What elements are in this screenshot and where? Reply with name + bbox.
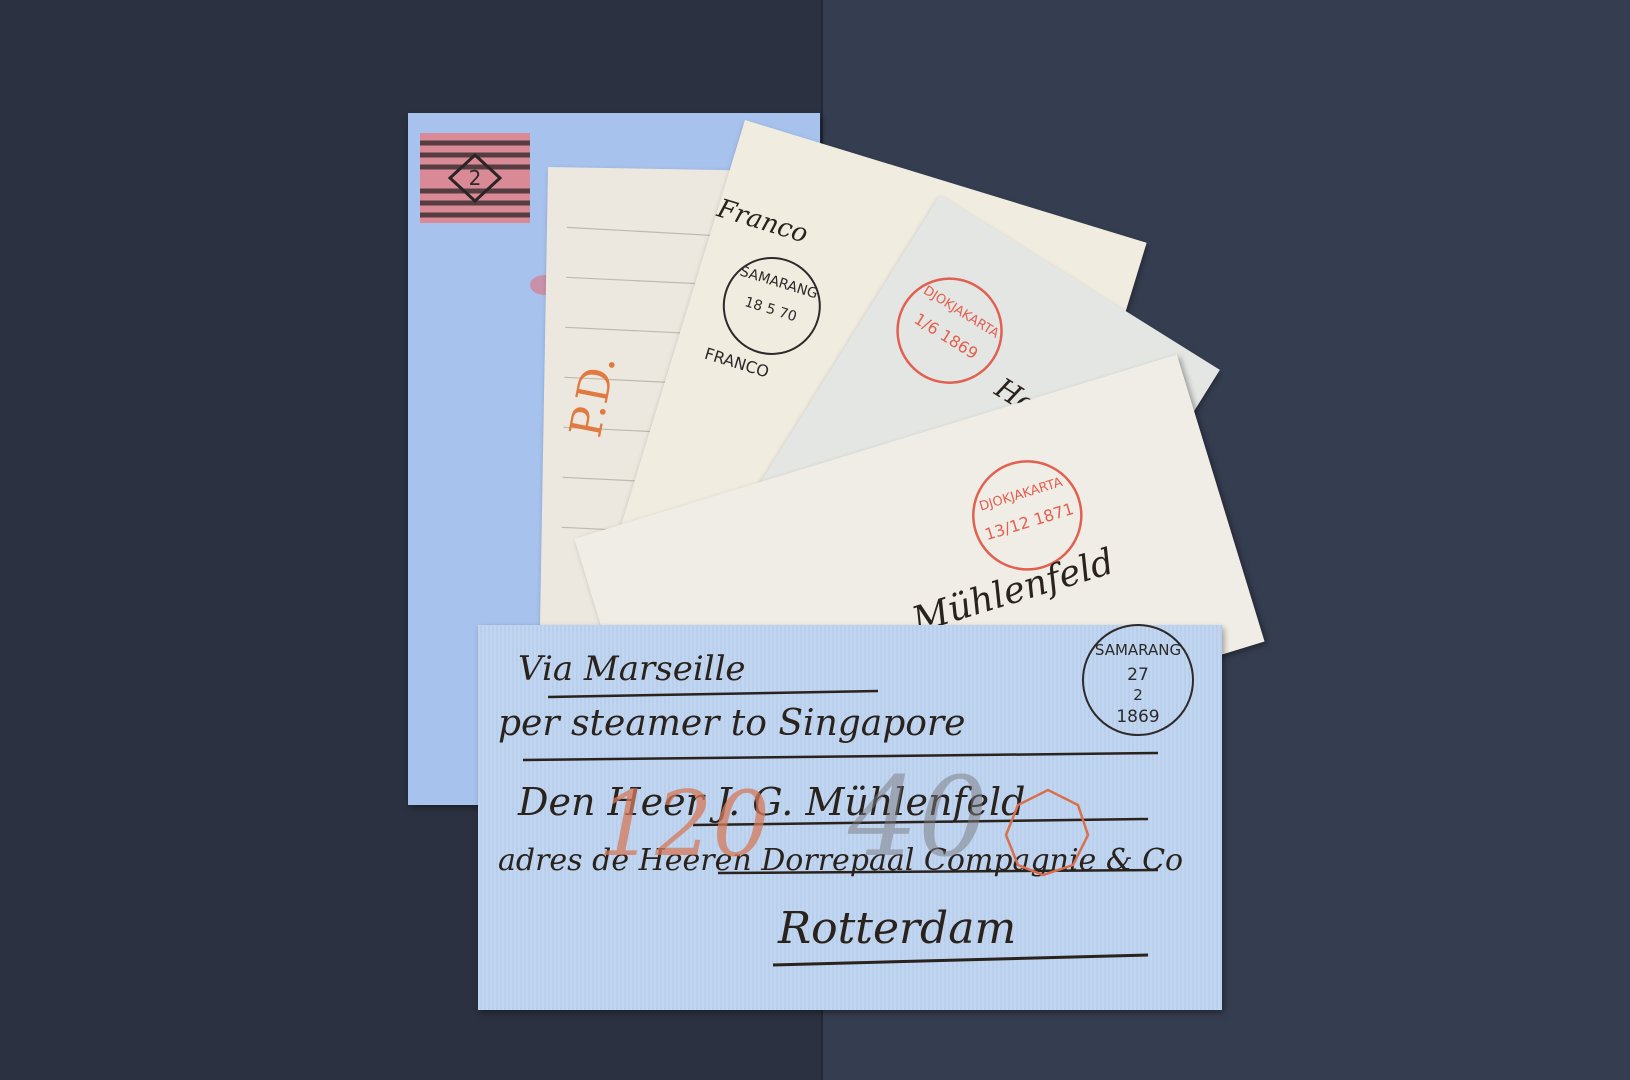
samarang-postmark-date: 18 5 70 bbox=[743, 294, 799, 325]
address-line-per-steamer: per steamer to Singapore bbox=[498, 703, 966, 744]
pd-handstamp: P.D. bbox=[560, 351, 626, 442]
samarang-1869-postmark-year: 1869 bbox=[1116, 707, 1159, 727]
address-line-via-marseille: Via Marseille bbox=[518, 649, 746, 689]
red-manuscript-rate: 120 bbox=[598, 772, 770, 877]
franco-manuscript: Franco bbox=[713, 193, 812, 249]
main-blue-cover: Via Marseille per steamer to Singapore D… bbox=[478, 625, 1222, 1010]
pink-postage-stamp: 2 bbox=[420, 133, 530, 223]
cancel-numeral: 2 bbox=[469, 166, 482, 190]
franco-handstamp: FRANCO bbox=[702, 344, 771, 382]
samarang-1869-postmark-month: 2 bbox=[1133, 686, 1143, 704]
address-line-rotterdam: Rotterdam bbox=[777, 903, 1016, 954]
samarang-1869-postmark-text: SAMARANG bbox=[1095, 641, 1181, 659]
grey-manuscript-rate: 40 bbox=[847, 753, 988, 881]
samarang-1869-postmark-day: 27 bbox=[1127, 665, 1149, 685]
